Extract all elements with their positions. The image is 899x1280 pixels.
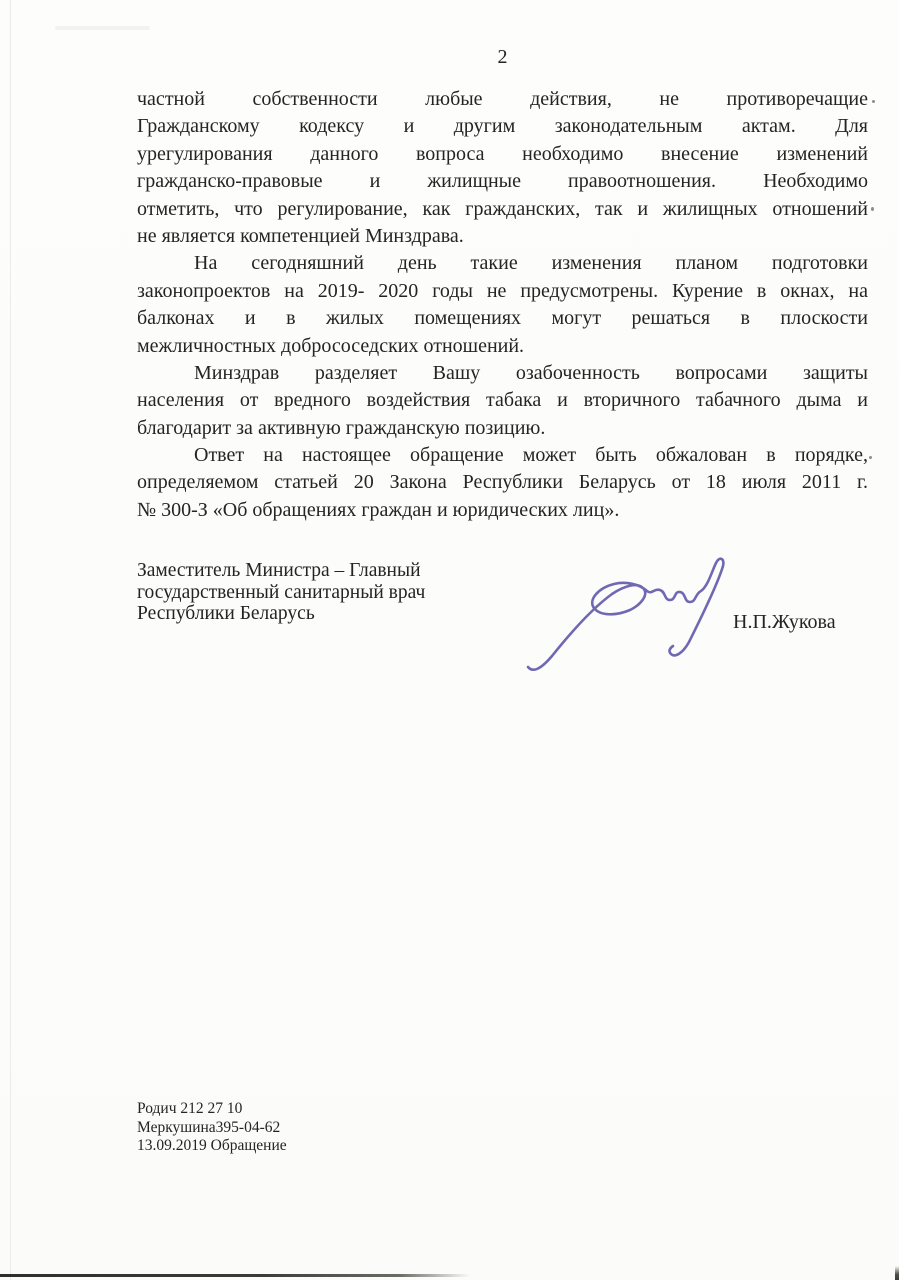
scan-speck [869,456,872,459]
body-text-line: не является компетенцией Минздрава. [137,223,868,250]
signature-title-line: Заместитель Министра – Главный [137,560,557,582]
page-number: 2 [137,46,868,69]
dispatch-footer: Родич 212 27 10 Меркушина395-04-62 13.09… [137,1100,287,1156]
footer-line: Родич 212 27 10 [137,1100,287,1119]
body-text-line: балконах и в жилых помещениях могут реша… [137,305,868,332]
body-text-line: Гражданскому кодексу и другим законодате… [137,113,868,140]
scanned-letter-page: 2 частной собственности любые действия, … [0,0,899,1280]
body-text-line: частной собственности любые действия, не… [137,86,868,113]
signer-name: Н.П.Жукова [733,611,836,634]
body-text-line: населения от вредного воздействия табака… [137,387,868,414]
signature-title: Заместитель Министра – Главный государст… [137,560,557,625]
body-text-line: Ответ на настоящее обращение может быть … [137,442,868,469]
footer-line: Меркушина395-04-62 [137,1119,287,1138]
scan-speck [872,100,875,103]
body-text-line: законопроектов на 2019- 2020 годы не пре… [137,278,868,305]
footer-line: 13.09.2019 Обращение [137,1137,287,1156]
scan-bottom-edge-artifact [0,1274,470,1277]
scan-top-smudge-artifact [55,26,150,30]
body-text-line: На сегодняшний день такие изменения план… [137,250,868,277]
scan-speck [871,207,874,211]
handwritten-signature-icon [512,546,738,680]
body-text: частной собственности любые действия, не… [137,86,868,524]
body-text-line: гражданско-правовые и жилищные правоотно… [137,168,868,195]
body-text-line: благодарит за активную гражданскую позиц… [137,415,868,442]
signature-stroke [528,559,723,670]
body-text-line: № 300-З «Об обращениях граждан и юридиче… [137,497,868,524]
signature-title-line: государственный санитарный врач [137,582,557,604]
body-text-line: отметить, что регулирование, как граждан… [137,196,868,223]
scan-left-edge-artifact [10,0,11,1280]
body-text-line: межличностных добрососедских отношений. [137,333,868,360]
body-text-line: определяемом статьей 20 Закона Республик… [137,469,868,496]
scan-corner-artifact [895,1266,899,1280]
body-text-line: урегулирования данного вопроса необходим… [137,141,868,168]
signature-title-line: Республики Беларусь [137,603,557,625]
body-text-line: Минздрав разделяет Вашу озабоченность во… [137,360,868,387]
